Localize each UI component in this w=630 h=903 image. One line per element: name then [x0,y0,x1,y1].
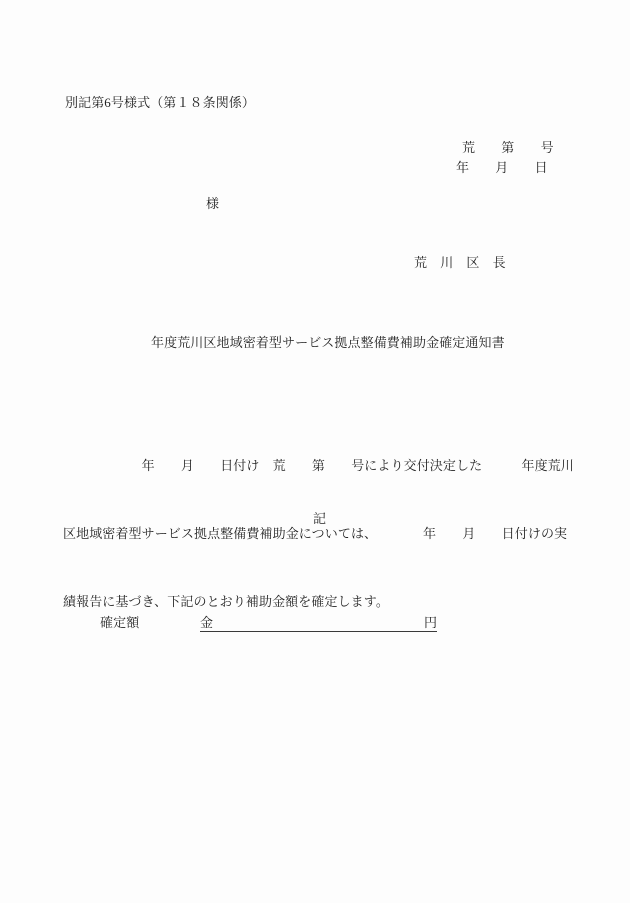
amount-fill-line: 金 円 [200,613,437,632]
form-number: 別記第6号様式（第１８条関係） [65,94,255,112]
kiji-marker: 記 [313,510,326,528]
body-line: 年 月 日付け 荒 第 号により交付決定した 年度荒川 [63,455,578,478]
currency-suffix: 円 [424,614,437,631]
document-title: 年度荒川区地域密着型サービス拠点整備費補助金確定通知書 [151,334,505,352]
currency-prefix: 金 [200,614,213,631]
body-line: 績報告に基づき、下記のとおり補助金額を確定します。 [63,591,578,614]
date-line: 年 月 日 [456,159,548,177]
doc-number-line: 荒 第 号 [462,139,554,157]
document-page: 別記第6号様式（第１８条関係） 荒 第 号 年 月 日 様 荒 川 区 長 年度… [0,0,630,903]
recipient-honorific: 様 [206,195,219,213]
amount-label: 確定額 [100,614,139,632]
sender-name: 荒 川 区 長 [414,254,506,272]
